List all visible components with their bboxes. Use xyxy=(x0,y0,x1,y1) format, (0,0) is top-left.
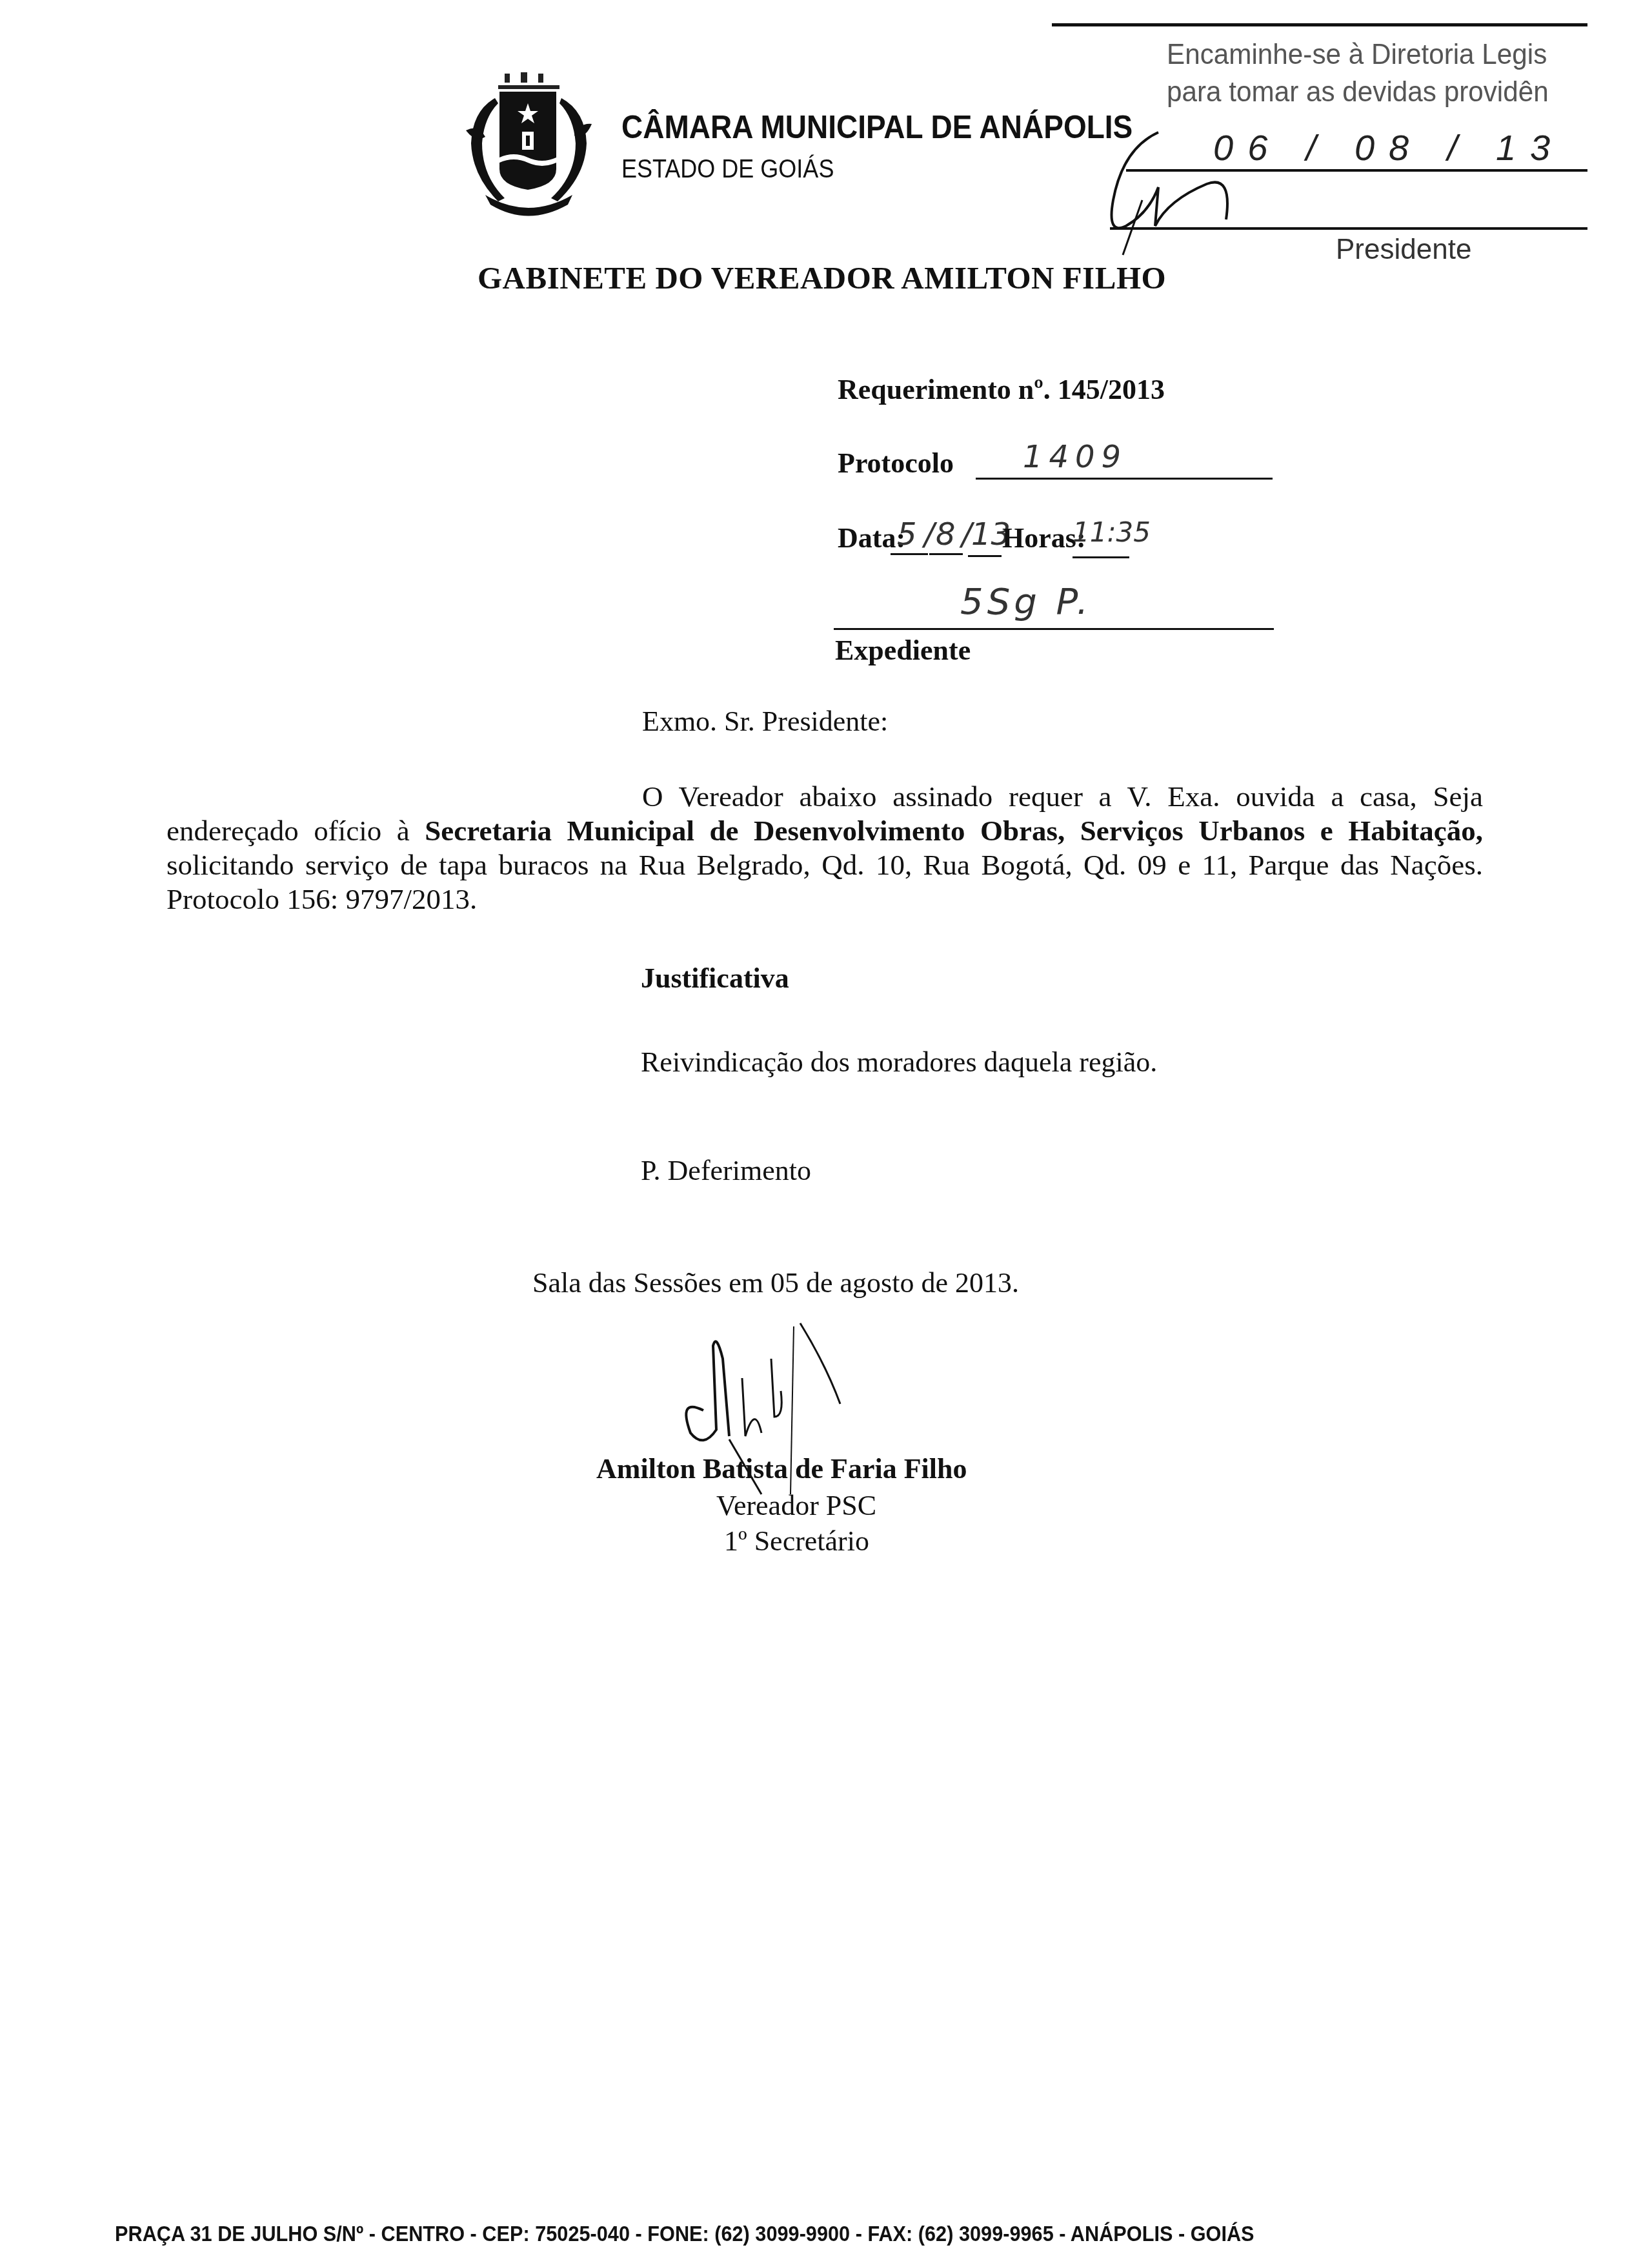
request-number: Requerimento nº. 145/2013 xyxy=(838,373,1165,406)
date-day-line xyxy=(891,553,928,555)
protocol-value: 1409 xyxy=(1023,439,1127,475)
hours-field-line xyxy=(1073,556,1129,558)
salutation: Exmo. Sr. Presidente: xyxy=(642,705,888,738)
signer-position: 1º Secretário xyxy=(724,1525,869,1558)
request-paragraph: O Vereador abaixo assinado requer a V. E… xyxy=(166,780,1483,917)
office-title: GABINETE DO VEREADOR AMILTON FILHO xyxy=(478,259,1166,296)
signer-name: Amilton Batista de Faria Filho xyxy=(596,1452,967,1485)
state-name: ESTADO DE GOIÁS xyxy=(621,155,834,184)
expediente-value: 5Sg P. xyxy=(960,581,1092,623)
stamp-handwritten-date: 06 / 08 / 13 xyxy=(1213,127,1564,168)
expediente-line xyxy=(834,628,1274,630)
stamp-line-2: para tomar as devidas providên xyxy=(1167,76,1549,108)
stamp-signature-label: Presidente xyxy=(1336,234,1471,266)
institution-name: CÂMARA MUNICIPAL DE ANÁPOLIS xyxy=(621,108,1133,146)
expediente-label: Expediente xyxy=(835,634,971,667)
paragraph-text-2: solicitando serviço de tapa buracos na R… xyxy=(166,849,1483,915)
date-separator-1: / xyxy=(924,516,934,553)
footer-address: PRAÇA 31 DE JULHO S/Nº - CENTRO - CEP: 7… xyxy=(115,2222,1254,2246)
coat-of-arms-icon xyxy=(459,72,598,218)
place-date: Sala das Sessões em 05 de agosto de 2013… xyxy=(532,1266,1019,1299)
date-year-line xyxy=(968,555,1002,557)
closing: P. Deferimento xyxy=(641,1154,811,1187)
president-signature-icon xyxy=(1097,123,1265,271)
protocol-label: Protocolo xyxy=(838,447,954,480)
justification-title: Justificativa xyxy=(641,962,789,995)
protocol-field-line xyxy=(976,478,1273,480)
date-month: 8 xyxy=(936,516,956,553)
date-label: Data: xyxy=(838,522,905,554)
paragraph-bold-recipient: Secretaria Municipal de Desenvolvimento … xyxy=(425,815,1483,847)
date-separator-2: / xyxy=(962,516,972,553)
signer-role: Vereador PSC xyxy=(716,1489,876,1522)
justification-text: Reivindicação dos moradores daquela regi… xyxy=(641,1046,1157,1079)
stamp-top-rule xyxy=(1052,23,1587,26)
stamp-line-1: Encaminhe-se à Diretoria Legis xyxy=(1167,39,1547,71)
date-day: 5 xyxy=(897,516,917,553)
date-month-line xyxy=(929,553,963,555)
stamp-signature-rule xyxy=(1110,227,1587,230)
hours-value: 11:35 xyxy=(1073,516,1151,548)
